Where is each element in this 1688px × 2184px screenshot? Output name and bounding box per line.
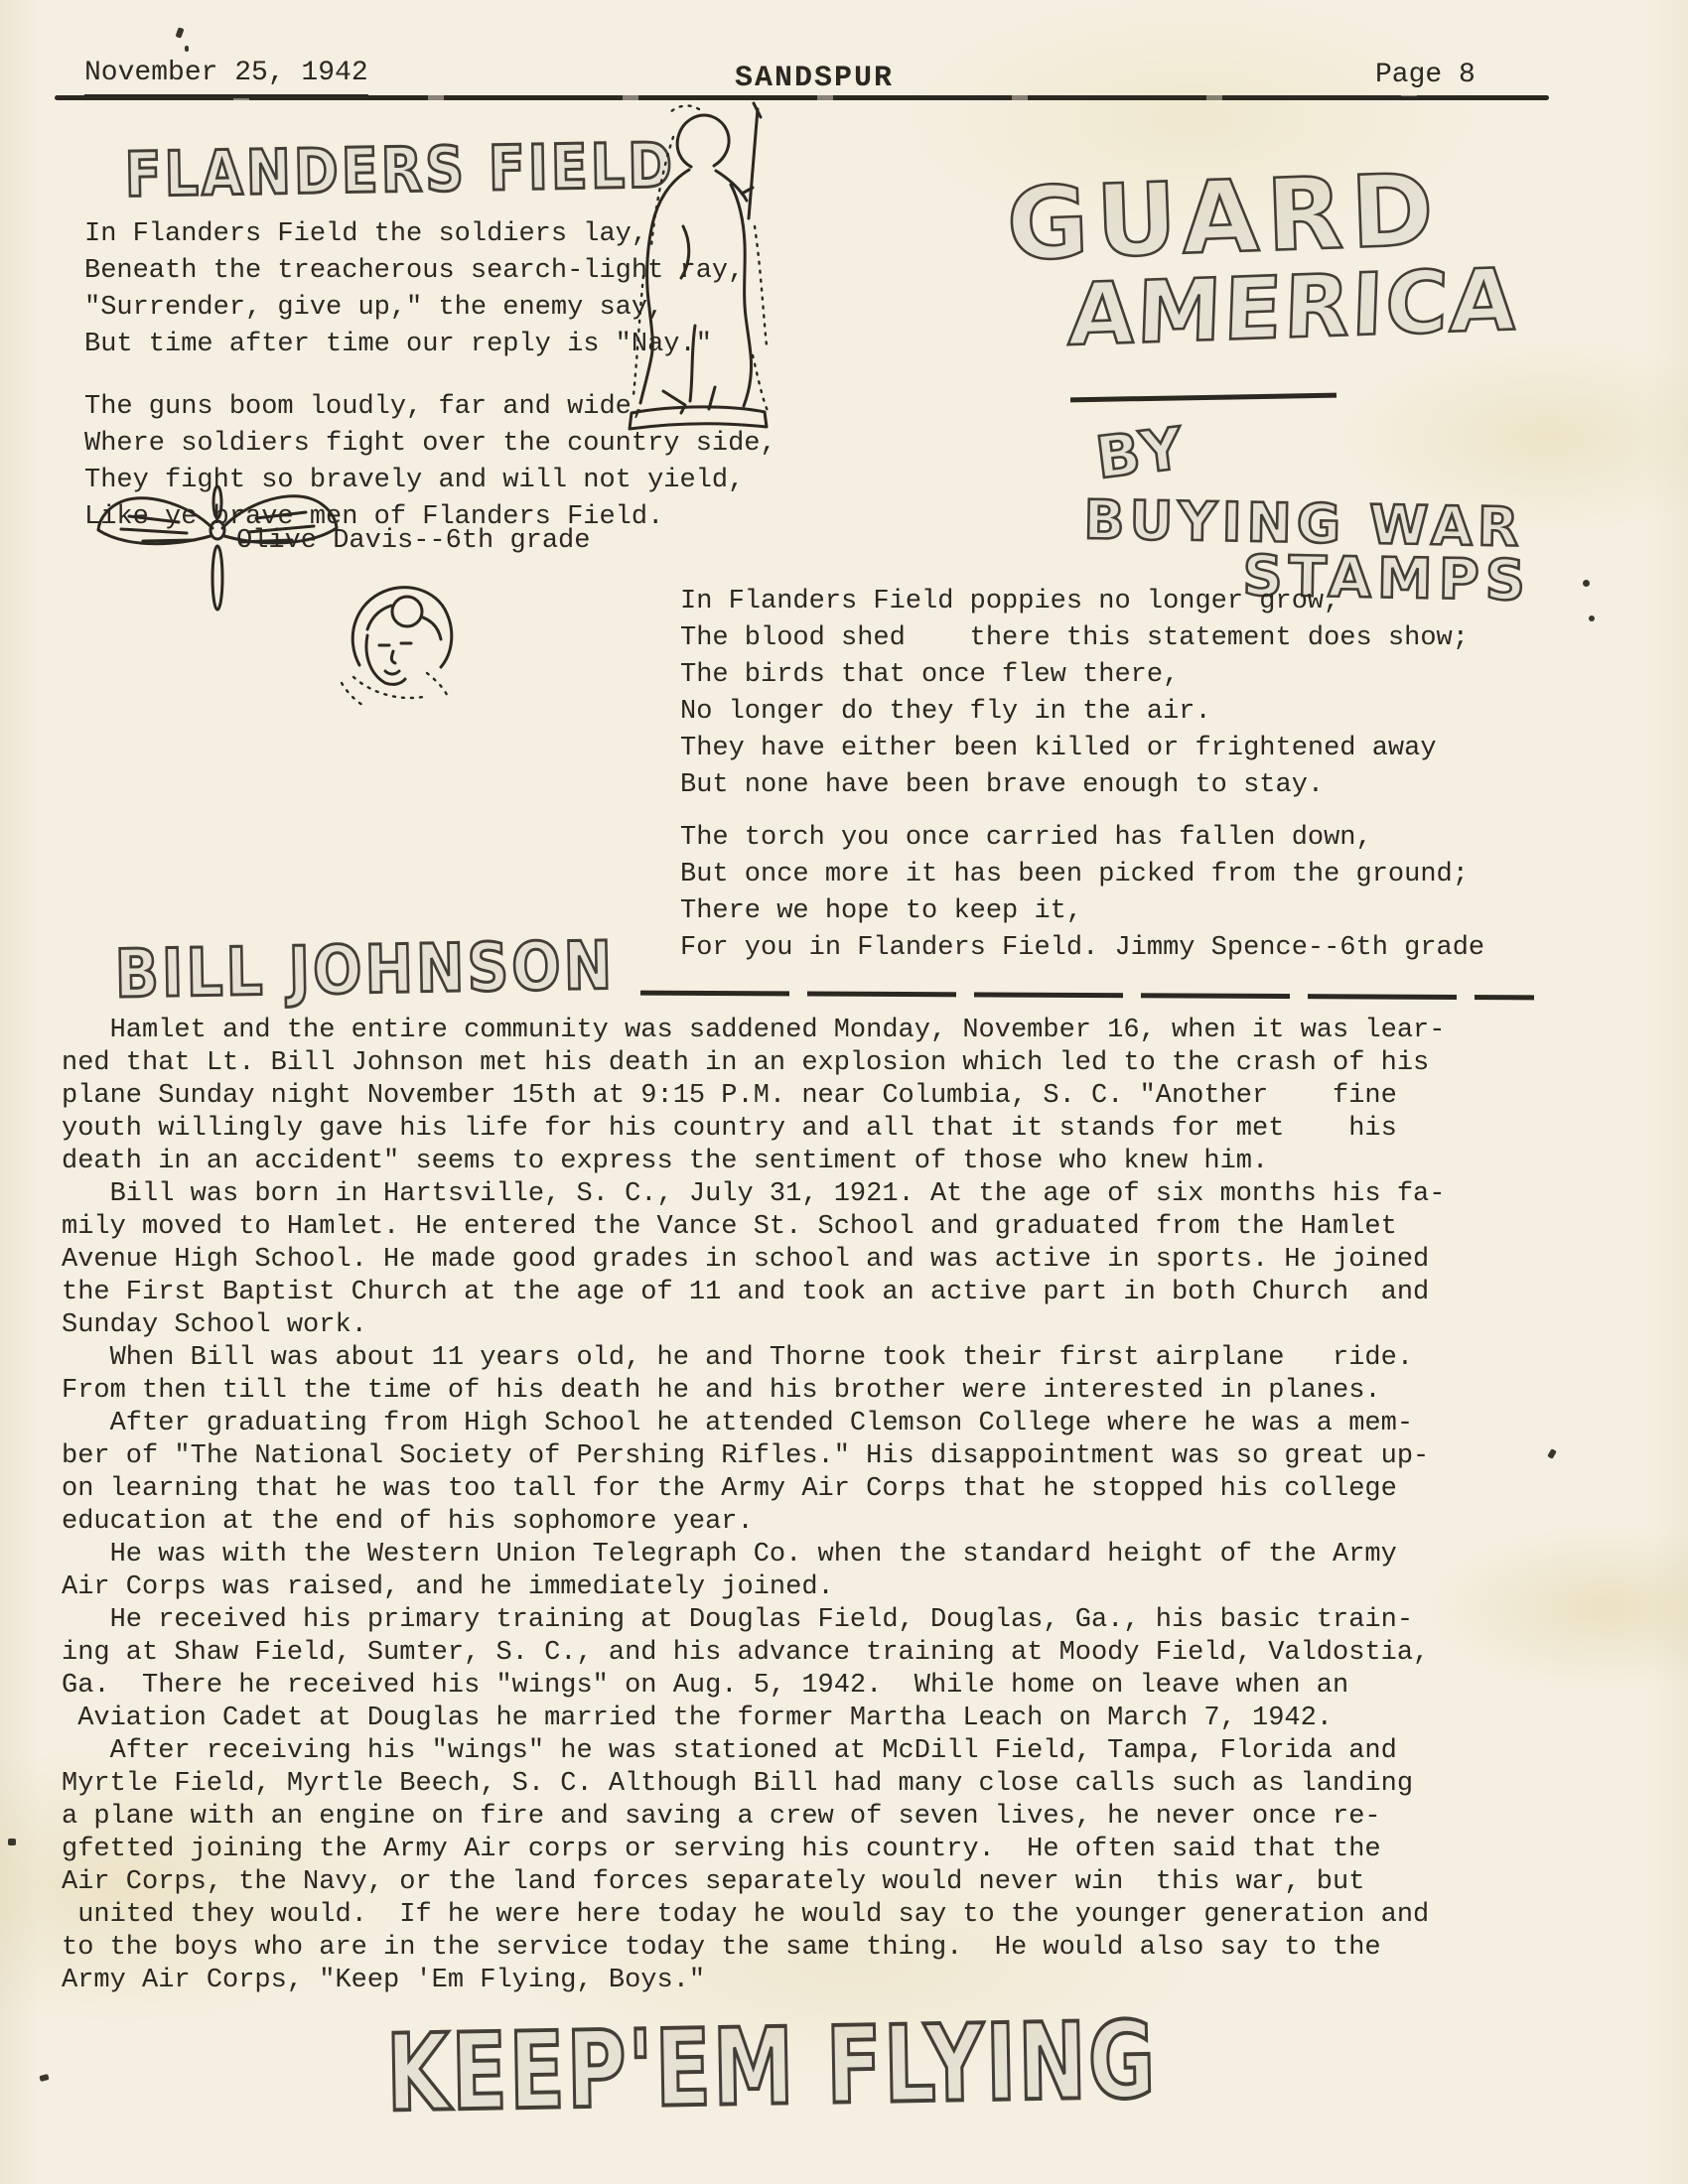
poppies-poem-stanza-2: The torch you once carried has fallen do… (680, 820, 1484, 967)
article-line: death in an accident" seems to express t… (62, 1146, 1531, 1178)
america-word: AMERICA (1067, 250, 1520, 365)
scan-speck (185, 46, 189, 52)
poem-line: The birds that once flew there, (680, 657, 1469, 694)
guard-underline (1070, 393, 1336, 403)
article-line: Bill was born in Hartsville, S. C., July… (62, 1178, 1531, 1211)
poem-line: There we hope to keep it, (680, 893, 1484, 930)
article-line: Air Corps, the Navy, or the land forces … (62, 1866, 1531, 1899)
article-line: From then till the time of his death he … (62, 1375, 1531, 1408)
winged-propeller-illustration (87, 467, 346, 615)
article-line: After receiving his "wings" he was stati… (62, 1735, 1531, 1768)
poem-line: The torch you once carried has fallen do… (680, 820, 1484, 857)
poem-line: They have either been killed or frighten… (680, 731, 1469, 767)
article-line: ned that Lt. Bill Johnson met his death … (62, 1047, 1531, 1080)
issue-date: November 25, 1942 (84, 58, 368, 98)
flanders-field-headline: FLANDERS FIELD (124, 129, 676, 210)
scan-speck (8, 1839, 16, 1845)
scan-speck (1547, 1448, 1557, 1459)
poem-line: For you in Flanders Field. Jimmy Spence-… (680, 930, 1484, 967)
poem-line: But none have been brave enough to stay. (680, 767, 1469, 804)
poem-line: The blood shed there this statement does… (680, 620, 1469, 657)
keep-em-flying-slogan: KEEP'EM FLYING (385, 1999, 1158, 2135)
article-line: Air Corps was raised, and he immediately… (62, 1571, 1531, 1604)
article-line: gfetted joining the Army Air corps or se… (62, 1834, 1531, 1866)
article-line: to the boys who are in the service today… (62, 1932, 1531, 1965)
article-line: Avenue High School. He made good grades … (62, 1244, 1531, 1277)
poppies-poem-stanza-1: In Flanders Field poppies no longer grow… (680, 584, 1469, 804)
article-line: Sunday School work. (62, 1309, 1531, 1342)
by-word: BY (1092, 414, 1191, 492)
scan-speck (1583, 580, 1590, 587)
article-line: Hamlet and the entire community was sadd… (62, 1015, 1531, 1047)
bill-johnson-headline: BILL JOHNSON (114, 926, 616, 1013)
article-line: youth willingly gave his life for his co… (62, 1113, 1531, 1146)
article-line: Army Air Corps, "Keep 'Em Flying, Boys." (62, 1965, 1531, 1997)
scan-speck (1589, 615, 1595, 621)
masthead: SANDSPUR (735, 62, 894, 95)
article-line: mily moved to Hamlet. He entered the Van… (62, 1211, 1531, 1244)
article-line: When Bill was about 11 years old, he and… (62, 1342, 1531, 1375)
article-line: united they would. If he were here today… (62, 1899, 1531, 1932)
article-line: Myrtle Field, Myrtle Beech, S. C. Althou… (62, 1768, 1531, 1801)
page-number: Page 8 (1375, 60, 1476, 100)
scan-speck (175, 27, 184, 38)
guard-soldier-illustration (604, 97, 802, 445)
newspaper-page: November 25, 1942 SANDSPUR Page 8 FLANDE… (0, 0, 1688, 2184)
article-line: plane Sunday night November 15th at 9:15… (62, 1080, 1531, 1113)
poem-line: In Flanders Field poppies no longer grow… (680, 584, 1469, 620)
article-line: Aviation Cadet at Douglas he married the… (62, 1703, 1531, 1735)
pilot-portrait-illustration (328, 574, 477, 713)
bill-johnson-article: Hamlet and the entire community was sadd… (62, 1015, 1531, 1997)
article-line: ing at Shaw Field, Sumter, S. C., and hi… (62, 1637, 1531, 1670)
article-line: a plane with an engine on fire and savin… (62, 1801, 1531, 1834)
article-line: He was with the Western Union Telegraph … (62, 1539, 1531, 1571)
poem-line: But once more it has been picked from th… (680, 857, 1484, 893)
article-line: on learning that he was too tall for the… (62, 1473, 1531, 1506)
poem-line: No longer do they fly in the air. (680, 694, 1469, 731)
article-line: He received his primary training at Doug… (62, 1604, 1531, 1637)
article-line: the First Baptist Church at the age of 1… (62, 1277, 1531, 1309)
article-line: education at the end of his sophomore ye… (62, 1506, 1531, 1539)
article-line: ber of "The National Society of Pershing… (62, 1440, 1531, 1473)
article-line: Ga. There he received his "wings" on Aug… (62, 1670, 1531, 1703)
article-line: After graduating from High School he att… (62, 1408, 1531, 1440)
scan-speck (39, 2074, 49, 2082)
bill-johnson-rule (640, 991, 1534, 1001)
